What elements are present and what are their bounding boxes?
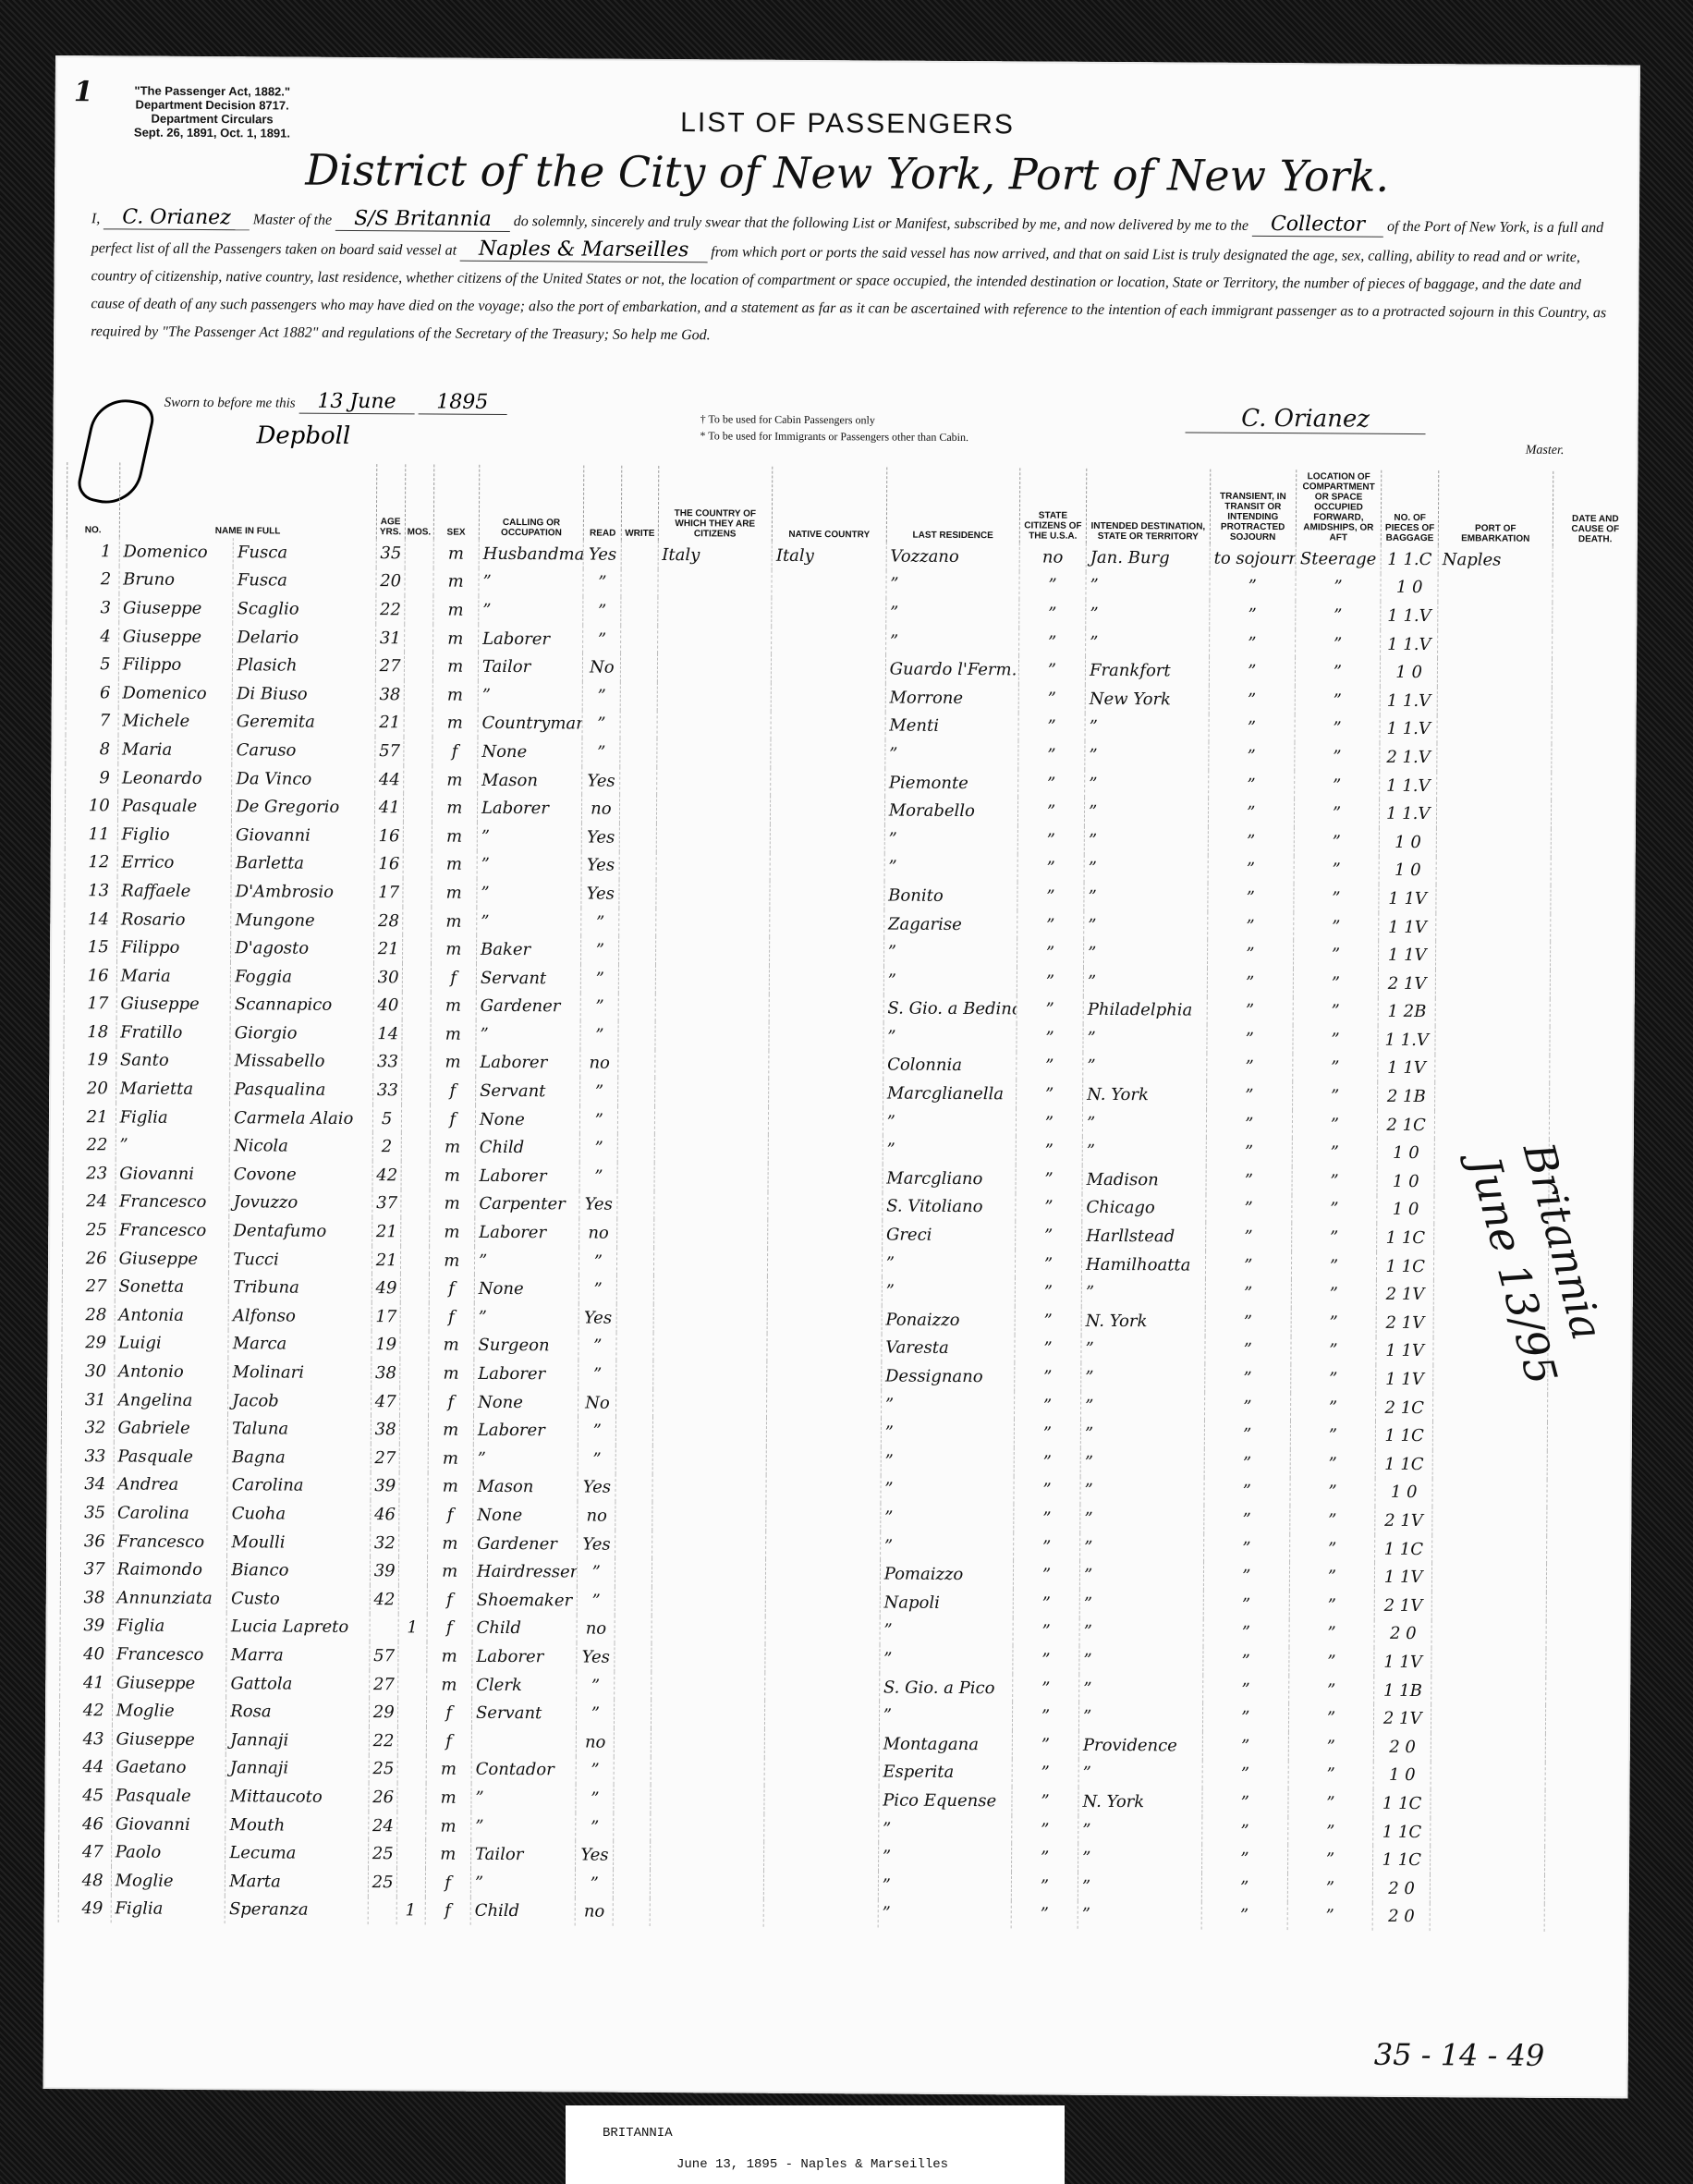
transit-status-cell: ” bbox=[1207, 940, 1293, 969]
death-info-cell bbox=[1546, 1592, 1631, 1621]
native-country-cell bbox=[765, 1672, 880, 1701]
us-citizen-cell: ” bbox=[1017, 910, 1084, 939]
native-country-cell: Italy bbox=[772, 542, 886, 570]
death-info-cell bbox=[1546, 1536, 1631, 1565]
age-months-cell bbox=[402, 963, 431, 992]
baggage-pieces-cell: 2 1V bbox=[1379, 970, 1436, 998]
can-read-cell: Yes bbox=[577, 1643, 615, 1672]
destination-cell: ” bbox=[1083, 1024, 1207, 1053]
last-residence-cell: ” bbox=[885, 740, 1018, 769]
last-name-cell: Moulli bbox=[227, 1528, 371, 1557]
last-residence-cell: ” bbox=[882, 1249, 1015, 1277]
last-name-cell: Marta bbox=[225, 1867, 369, 1897]
port-of-embarkation-cell bbox=[1431, 1620, 1546, 1649]
first-name-cell: Raffaele bbox=[117, 877, 232, 906]
transit-status-cell: ” bbox=[1201, 1845, 1287, 1873]
native-country-cell bbox=[768, 1135, 883, 1164]
death-info-cell bbox=[1551, 773, 1636, 801]
native-country-cell bbox=[765, 1644, 880, 1673]
sworn-label: Sworn to before me this bbox=[164, 396, 296, 411]
port-of-embarkation-cell bbox=[1437, 743, 1552, 772]
first-name-cell: Marietta bbox=[116, 1075, 230, 1104]
us-citizen-cell: ” bbox=[1013, 1561, 1079, 1590]
compartment-location-cell: ” bbox=[1289, 1534, 1375, 1563]
transit-status-cell: ” bbox=[1209, 742, 1295, 771]
transit-status-cell: ” bbox=[1206, 1110, 1292, 1139]
occupation-cell: Tailor bbox=[478, 653, 582, 681]
col-us-citizen: State Citizens of the U.S.A. bbox=[1019, 468, 1087, 543]
row-number-cell: 2 bbox=[67, 566, 119, 594]
col-age-yrs: Age Yrs. bbox=[376, 464, 405, 539]
destination-cell: ” bbox=[1079, 1675, 1203, 1703]
sex-cell: m bbox=[429, 1218, 475, 1247]
age-years-cell: 14 bbox=[373, 1019, 402, 1048]
baggage-pieces-cell: 2 1V bbox=[1377, 1280, 1434, 1309]
compartment-location-cell: ” bbox=[1293, 969, 1379, 997]
baggage-pieces-cell: 1 0 bbox=[1377, 1139, 1434, 1167]
port-of-embarkation-cell bbox=[1437, 772, 1552, 800]
us-citizen-cell: ” bbox=[1016, 1222, 1082, 1251]
occupation-cell: None bbox=[473, 1501, 578, 1530]
age-years-cell: 39 bbox=[371, 1472, 399, 1501]
can-read-cell: ” bbox=[583, 597, 621, 626]
row-number-cell: 29 bbox=[62, 1329, 115, 1358]
baggage-pieces-cell: 1 1V bbox=[1379, 941, 1436, 970]
sex-cell: m bbox=[430, 1133, 476, 1162]
first-name-cell: Giuseppe bbox=[118, 622, 233, 651]
last-name-cell: Carmela Alaio bbox=[230, 1104, 373, 1133]
native-country-cell bbox=[770, 909, 884, 937]
death-info-cell bbox=[1544, 1819, 1629, 1848]
compartment-location-cell: ” bbox=[1292, 1139, 1378, 1167]
age-years-cell: 24 bbox=[368, 1812, 396, 1840]
can-read-cell: ” bbox=[580, 1021, 618, 1050]
can-write-cell bbox=[620, 795, 656, 824]
native-country-cell bbox=[772, 598, 886, 627]
compartment-location-cell: ” bbox=[1290, 1336, 1376, 1365]
transit-status-cell: ” bbox=[1209, 714, 1295, 742]
death-info-cell bbox=[1545, 1705, 1630, 1734]
age-months-cell bbox=[399, 1387, 428, 1416]
can-read-cell: ” bbox=[577, 1671, 615, 1700]
row-number-cell: 38 bbox=[60, 1583, 113, 1612]
baggage-pieces-cell: 1 1C bbox=[1377, 1252, 1434, 1281]
last-name-cell: Bianco bbox=[227, 1556, 371, 1586]
compartment-location-cell: ” bbox=[1292, 1110, 1378, 1139]
occupation-cell: Clerk bbox=[472, 1671, 577, 1700]
can-write-cell bbox=[615, 1587, 652, 1616]
last-residence-cell: S. Gio. a Bedino bbox=[883, 994, 1017, 1023]
age-years-cell bbox=[368, 1897, 396, 1925]
first-name-cell: Michele bbox=[118, 707, 233, 736]
sex-cell: f bbox=[426, 1699, 472, 1727]
port-of-embarkation-cell bbox=[1432, 1479, 1547, 1507]
can-write-cell bbox=[615, 1643, 651, 1672]
native-country-cell bbox=[770, 824, 884, 853]
row-number-cell: 18 bbox=[64, 1018, 116, 1046]
col-baggage: No. of Pieces of Baggage bbox=[1382, 470, 1439, 545]
compartment-location-cell: ” bbox=[1295, 629, 1381, 658]
sex-cell: m bbox=[429, 1246, 475, 1275]
age-years-cell: 33 bbox=[372, 1076, 401, 1104]
death-info-cell bbox=[1546, 1564, 1631, 1592]
citizenship-cell bbox=[652, 1446, 767, 1474]
occupation-cell: Laborer bbox=[476, 1048, 580, 1077]
compartment-location-cell: ” bbox=[1292, 1081, 1378, 1110]
citizenship-cell bbox=[653, 1304, 768, 1333]
row-number-cell: 7 bbox=[66, 707, 118, 736]
last-name-cell: Covone bbox=[229, 1160, 372, 1190]
compartment-location-cell: ” bbox=[1290, 1364, 1376, 1393]
occupation-cell: ” bbox=[474, 1247, 579, 1275]
row-number-cell: 6 bbox=[66, 678, 118, 707]
age-years-cell: 29 bbox=[369, 1698, 397, 1726]
us-citizen-cell: ” bbox=[1013, 1589, 1079, 1617]
native-country-cell bbox=[766, 1531, 881, 1560]
native-country-cell bbox=[767, 1305, 882, 1334]
destination-cell: ” bbox=[1086, 571, 1210, 600]
compartment-location-cell: ” bbox=[1290, 1393, 1376, 1421]
native-country-cell bbox=[772, 654, 886, 683]
baggage-pieces-cell: 2 1C bbox=[1378, 1111, 1435, 1140]
native-country-cell bbox=[767, 1276, 882, 1305]
destination-cell: ” bbox=[1078, 1816, 1202, 1845]
occupation-cell: ” bbox=[473, 1445, 578, 1473]
destination-cell: ” bbox=[1079, 1561, 1203, 1590]
death-info-cell bbox=[1553, 546, 1638, 575]
citizenship-cell bbox=[655, 1021, 770, 1050]
native-country-cell bbox=[768, 1191, 883, 1220]
baggage-pieces-cell: 2 0 bbox=[1372, 1902, 1430, 1931]
age-months-cell: 1 bbox=[396, 1897, 425, 1925]
native-country-cell bbox=[763, 1898, 878, 1927]
last-name-cell: Custo bbox=[226, 1584, 370, 1614]
can-read-cell: Yes bbox=[579, 1304, 616, 1333]
first-name-cell: Figlia bbox=[113, 1612, 227, 1641]
compartment-location-cell: ” bbox=[1295, 601, 1381, 629]
us-citizen-cell: ” bbox=[1015, 1363, 1081, 1392]
citizenship-cell bbox=[654, 1106, 769, 1135]
first-name-cell: ” bbox=[116, 1131, 230, 1160]
first-name-cell: Errico bbox=[117, 848, 232, 877]
us-citizen-cell: ” bbox=[1012, 1759, 1078, 1787]
can-write-cell bbox=[620, 766, 656, 795]
col-no: No. bbox=[67, 462, 119, 537]
us-citizen-cell: ” bbox=[1012, 1702, 1078, 1731]
age-months-cell bbox=[404, 709, 432, 738]
destination-cell: ” bbox=[1085, 741, 1209, 770]
row-number-cell: 4 bbox=[67, 622, 119, 651]
destination-cell: ” bbox=[1078, 1702, 1202, 1731]
col-sex: Sex bbox=[433, 465, 480, 540]
compartment-location-cell: ” bbox=[1293, 884, 1379, 912]
row-number-cell: 19 bbox=[64, 1046, 116, 1075]
row-number-cell: 3 bbox=[67, 593, 119, 622]
row-number-cell: 11 bbox=[65, 820, 117, 848]
native-country-cell bbox=[768, 1249, 883, 1277]
port-of-embarkation-cell bbox=[1431, 1648, 1546, 1677]
can-read-cell: ” bbox=[578, 1445, 615, 1473]
us-citizen-cell: ” bbox=[1016, 1137, 1082, 1165]
last-residence-cell: ” bbox=[884, 824, 1017, 853]
transit-status-cell: ” bbox=[1202, 1703, 1288, 1732]
age-years-cell: 17 bbox=[371, 1302, 400, 1331]
native-country-cell bbox=[770, 937, 884, 966]
baggage-pieces-cell: 2 1B bbox=[1378, 1082, 1435, 1111]
native-country-cell bbox=[770, 852, 884, 881]
occupation-cell: Laborer bbox=[474, 1360, 579, 1388]
us-citizen-cell: ” bbox=[1018, 713, 1085, 741]
death-info-cell bbox=[1545, 1649, 1630, 1678]
citizenship-cell bbox=[656, 852, 771, 881]
citizenship-cell bbox=[657, 711, 772, 739]
native-country-cell bbox=[768, 1220, 883, 1249]
baggage-pieces-cell: 2 1V bbox=[1375, 1507, 1432, 1535]
first-name-cell: Maria bbox=[116, 961, 231, 990]
destination-cell: ” bbox=[1084, 798, 1208, 826]
index-details: June 13, 1895 - Naples & Marseilles bbox=[676, 2157, 948, 2172]
age-months-cell bbox=[402, 935, 431, 964]
row-number-cell: 13 bbox=[65, 876, 117, 905]
age-months-cell bbox=[397, 1755, 426, 1784]
us-citizen-cell: ” bbox=[1018, 769, 1085, 798]
baggage-pieces-cell: 1 1C bbox=[1375, 1450, 1432, 1479]
first-name-cell: Andrea bbox=[114, 1470, 228, 1499]
sex-cell: f bbox=[430, 1077, 476, 1105]
last-residence-cell: ” bbox=[882, 1277, 1015, 1306]
baggage-pieces-cell: 1 1.V bbox=[1380, 772, 1437, 800]
age-years-cell: 22 bbox=[375, 595, 404, 624]
death-info-cell bbox=[1547, 1422, 1632, 1451]
death-info-cell bbox=[1551, 744, 1636, 773]
last-residence-cell: ” bbox=[883, 1107, 1016, 1136]
occupation-cell: ” bbox=[479, 596, 583, 625]
can-write-cell bbox=[616, 1332, 652, 1360]
last-residence-cell: ” bbox=[879, 1702, 1012, 1730]
occupation-cell: Mason bbox=[473, 1472, 578, 1501]
native-country-cell bbox=[772, 627, 886, 655]
can-read-cell: ” bbox=[581, 964, 619, 993]
first-name-cell: Giuseppe bbox=[112, 1725, 226, 1753]
age-months-cell: 1 bbox=[398, 1614, 427, 1642]
compartment-location-cell: ” bbox=[1293, 941, 1379, 970]
death-info-cell bbox=[1552, 659, 1637, 688]
occupation-cell: Child bbox=[472, 1614, 577, 1642]
first-name-cell: Giovanni bbox=[111, 1810, 225, 1838]
baggage-pieces-cell: 1 0 bbox=[1381, 658, 1438, 687]
last-name-cell: De Gregorio bbox=[232, 793, 375, 823]
destination-cell: N. York bbox=[1083, 1080, 1207, 1109]
first-name-cell: Angelina bbox=[114, 1385, 228, 1414]
transit-status-cell: ” bbox=[1205, 1336, 1291, 1364]
last-name-cell: Delario bbox=[233, 623, 376, 653]
age-months-cell bbox=[399, 1360, 428, 1388]
age-months-cell bbox=[401, 1161, 430, 1190]
age-months-cell bbox=[403, 850, 432, 879]
age-months-cell bbox=[398, 1529, 427, 1557]
col-port: Port of Embarkation bbox=[1438, 470, 1553, 546]
age-years-cell: 20 bbox=[376, 567, 405, 596]
row-number-cell: 36 bbox=[61, 1527, 114, 1556]
native-country-cell bbox=[769, 994, 883, 1022]
sex-cell: m bbox=[432, 624, 479, 653]
row-number-cell: 42 bbox=[59, 1696, 112, 1725]
act-line: "The Passenger Act, 1882." bbox=[120, 83, 305, 98]
destination-cell: ” bbox=[1081, 1335, 1205, 1363]
us-citizen-cell: ” bbox=[1011, 1844, 1078, 1873]
last-name-cell: Pasqualina bbox=[230, 1075, 373, 1104]
can-read-cell: No bbox=[579, 1388, 616, 1417]
last-residence-cell: ” bbox=[880, 1531, 1013, 1560]
native-country-cell bbox=[766, 1559, 881, 1588]
sex-cell: m bbox=[433, 540, 480, 568]
col-citizenship: The Country of which they are Citizens bbox=[658, 466, 773, 542]
baggage-pieces-cell: 2 1C bbox=[1376, 1394, 1433, 1422]
compartment-location-cell: ” bbox=[1287, 1845, 1373, 1873]
row-number-cell: 27 bbox=[62, 1273, 115, 1301]
baggage-pieces-cell: 2 1V bbox=[1376, 1309, 1433, 1337]
last-name-cell: Caruso bbox=[232, 736, 375, 765]
native-country-cell bbox=[771, 767, 885, 796]
last-residence-cell: Guardo l'Ferm. bbox=[885, 655, 1018, 684]
age-months-cell bbox=[397, 1726, 426, 1755]
us-citizen-cell: ” bbox=[1017, 854, 1084, 883]
sex-cell: m bbox=[432, 794, 478, 823]
transit-status-cell: ” bbox=[1206, 1166, 1292, 1195]
age-months-cell bbox=[398, 1500, 427, 1529]
occupation-cell: Gardener bbox=[473, 1530, 578, 1558]
age-months-cell bbox=[400, 1275, 429, 1303]
compartment-location-cell: ” bbox=[1289, 1591, 1375, 1619]
destination-cell: ” bbox=[1084, 939, 1208, 968]
occupation-cell: Hairdresser bbox=[472, 1557, 577, 1586]
ports-from: Naples & Marseilles bbox=[460, 238, 707, 263]
row-number-cell: 10 bbox=[65, 791, 117, 820]
age-years-cell: 25 bbox=[368, 1868, 396, 1897]
destination-cell: ” bbox=[1081, 1278, 1205, 1307]
death-info-cell bbox=[1552, 688, 1637, 716]
transit-status-cell: ” bbox=[1210, 601, 1296, 629]
index-ship: BRITANNIA bbox=[603, 2126, 673, 2141]
baggage-pieces-cell: 2 0 bbox=[1374, 1619, 1431, 1648]
occupation-cell: None bbox=[474, 1275, 579, 1303]
age-months-cell bbox=[399, 1416, 428, 1445]
first-name-cell: Bruno bbox=[119, 566, 234, 594]
destination-cell: ” bbox=[1084, 911, 1208, 940]
can-read-cell: ” bbox=[578, 1558, 615, 1587]
death-info-cell bbox=[1551, 857, 1636, 885]
transit-status-cell: ” bbox=[1203, 1533, 1289, 1562]
age-years-cell: 35 bbox=[376, 539, 405, 567]
baggage-pieces-cell: 2 1V bbox=[1374, 1704, 1431, 1733]
row-number-cell: 49 bbox=[58, 1895, 111, 1923]
first-name-cell: Pasquale bbox=[117, 792, 232, 821]
last-name-cell: Cuoha bbox=[227, 1499, 371, 1529]
col-death: Date and Cause of Death. bbox=[1553, 471, 1638, 547]
can-read-cell: ” bbox=[579, 1163, 617, 1191]
row-number-cell: 35 bbox=[61, 1498, 114, 1527]
citizenship-cell bbox=[650, 1785, 764, 1813]
last-residence-cell: S. Vitoliano bbox=[883, 1192, 1016, 1221]
can-write-cell bbox=[616, 1389, 652, 1418]
age-years-cell: 41 bbox=[374, 793, 403, 822]
compartment-location-cell: ” bbox=[1293, 912, 1379, 941]
age-years-cell: 26 bbox=[369, 1783, 397, 1812]
compartment-location-cell: ” bbox=[1289, 1563, 1375, 1592]
us-citizen-cell: ” bbox=[1019, 571, 1086, 600]
baggage-pieces-cell: 2 1.V bbox=[1380, 743, 1437, 772]
port-of-embarkation-cell bbox=[1432, 1422, 1547, 1451]
first-name-cell: Giovanni bbox=[116, 1159, 230, 1188]
first-name-cell: Moglie bbox=[111, 1866, 225, 1895]
compartment-location-cell: ” bbox=[1288, 1761, 1374, 1789]
can-write-cell bbox=[615, 1615, 651, 1643]
citizenship-cell bbox=[654, 1163, 769, 1191]
destination-cell: ” bbox=[1079, 1646, 1203, 1675]
row-number-cell: 24 bbox=[63, 1188, 116, 1216]
destination-cell: ” bbox=[1080, 1476, 1204, 1505]
port-of-embarkation-cell bbox=[1438, 630, 1553, 659]
last-residence-cell: ” bbox=[881, 1504, 1014, 1532]
port-of-embarkation-cell bbox=[1431, 1677, 1546, 1705]
can-read-cell: ” bbox=[579, 1360, 616, 1389]
transit-status-cell: ” bbox=[1208, 799, 1294, 827]
last-residence-cell: Dessignano bbox=[881, 1362, 1014, 1391]
row-number-cell: 44 bbox=[59, 1753, 112, 1782]
baggage-pieces-cell: 1 1C bbox=[1377, 1224, 1434, 1252]
baggage-pieces-cell: 1 1V bbox=[1378, 1054, 1435, 1082]
row-number-cell: 23 bbox=[63, 1159, 116, 1188]
last-residence-cell: Marcgliano bbox=[883, 1165, 1016, 1193]
first-name-cell: Francesco bbox=[115, 1216, 229, 1245]
destination-cell: ” bbox=[1085, 713, 1209, 741]
can-write-cell bbox=[621, 597, 657, 626]
destination-cell: ” bbox=[1078, 1844, 1202, 1873]
baggage-pieces-cell: 2 1V bbox=[1374, 1592, 1431, 1620]
manifest-page: 1 "The Passenger Act, 1882." Department … bbox=[43, 55, 1640, 2098]
last-name-cell: D'Ambrosio bbox=[231, 877, 374, 907]
occupation-cell: Servant bbox=[476, 1077, 580, 1105]
can-write-cell bbox=[617, 1248, 653, 1276]
first-name-cell: Rosario bbox=[116, 905, 231, 933]
destination-cell: ” bbox=[1080, 1448, 1204, 1477]
sex-cell: m bbox=[432, 822, 478, 850]
native-country-cell bbox=[764, 1842, 879, 1871]
col-age-mos: Mos. bbox=[405, 464, 433, 539]
row-number-cell: 28 bbox=[62, 1300, 115, 1329]
can-read-cell: Yes bbox=[582, 823, 620, 851]
native-country-cell bbox=[769, 1079, 883, 1107]
row-number-cell: 21 bbox=[63, 1103, 116, 1131]
citizenship-cell bbox=[655, 993, 770, 1021]
last-name-cell: Taluna bbox=[228, 1415, 371, 1445]
occupation-cell: Gardener bbox=[476, 992, 580, 1020]
vessel-name: S/S Britannia bbox=[335, 207, 510, 232]
port-of-embarkation-cell bbox=[1432, 1450, 1547, 1479]
citizenship-cell bbox=[655, 965, 770, 994]
sex-cell: m bbox=[426, 1755, 472, 1784]
destination-cell: ” bbox=[1082, 1137, 1206, 1165]
destination-cell: ” bbox=[1084, 883, 1208, 911]
death-info-cell bbox=[1551, 885, 1636, 914]
citizenship-cell bbox=[652, 1417, 767, 1446]
occupation-cell: Mason bbox=[478, 766, 582, 795]
occupation-cell: None bbox=[478, 738, 582, 766]
last-name-cell: Marra bbox=[226, 1641, 370, 1670]
native-country-cell bbox=[771, 796, 885, 824]
delivered-label: and now delivered by me to the bbox=[1065, 217, 1248, 234]
us-citizen-cell: ” bbox=[1018, 628, 1085, 656]
